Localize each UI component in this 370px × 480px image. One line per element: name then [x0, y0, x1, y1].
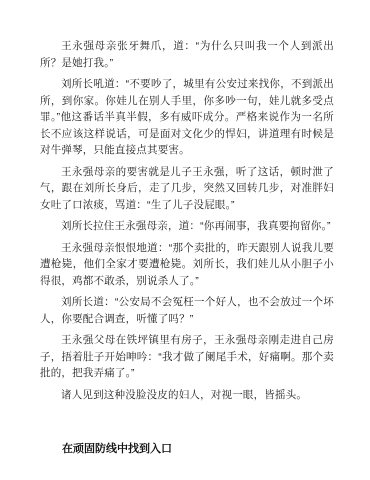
paragraph: 王永强母亲张牙舞爪，道：“为什么只叫我一个人到派出所？是她打我。” — [40, 38, 334, 71]
paragraph: 王永强母亲恨恨地道：“那个卖批的，昨天跟别人说我儿要遭枪毙，他们全家才要遭枪毙。… — [40, 240, 334, 290]
chapter-text-block: 王永强母亲张牙舞爪，道：“为什么只叫我一个人到派出所？是她打我。” 刘所长吼道：… — [40, 38, 334, 403]
section-heading: 在顽固防线中找到入口 — [40, 441, 334, 457]
paragraph: 诸人见到这种没脸没皮的妇人，对视一眼，皆摇头。 — [40, 387, 334, 404]
reader-page: 王永强母亲张牙舞爪，道：“为什么只叫我一个人到派出所？是她打我。” 刘所长吼道：… — [0, 0, 370, 480]
paragraph: 刘所长拉住王永强母亲，道：“你再闹事，我真要拘留你。” — [40, 218, 334, 235]
paragraph: 刘所长道：“公安局不会冤枉一个好人，也不会放过一个坏人，你要配合调查，听懂了吗？… — [40, 294, 334, 327]
paragraph: 王永强父母在铁坪镇里有房子，王永强母亲刚走进自己房子，捂着肚子开始呻吟：“我才做… — [40, 332, 334, 382]
paragraph: 刘所长吼道：“不要吵了，城里有公安过来找你，不到派出所，到你家。你娃儿在别人手里… — [40, 76, 334, 159]
paragraph: 王永强母亲的要害就是儿子王永强，听了这话，顿时泄了气，跟在刘所长身后，走了几步，… — [40, 164, 334, 214]
